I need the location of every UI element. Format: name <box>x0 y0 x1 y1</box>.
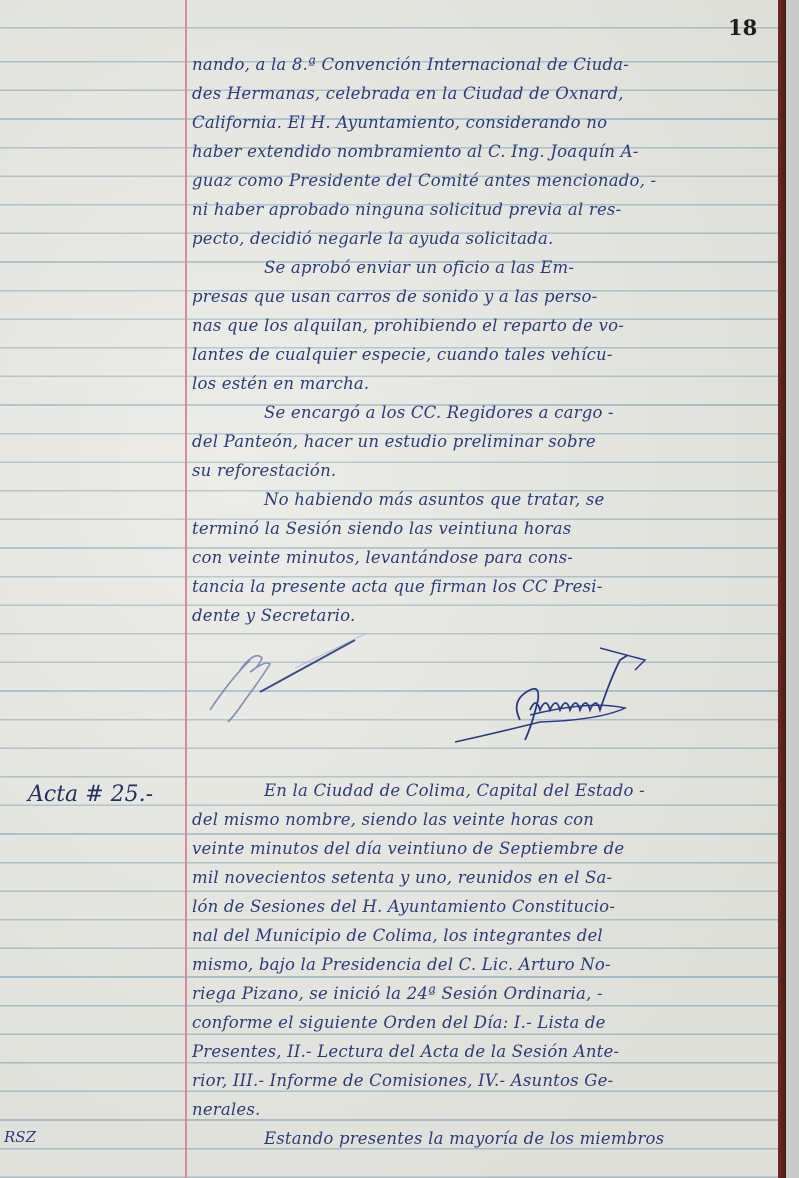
text-line: conforme el siguiente Orden del Día: I.-… <box>192 1008 772 1037</box>
text-line: Presentes, II.- Lectura del Acta de la S… <box>192 1037 772 1066</box>
background-edge <box>786 0 799 1178</box>
text-line: del mismo nombre, siendo las veinte hora… <box>192 805 772 834</box>
text-line: No habiendo más asuntos que tratar, se <box>192 485 772 514</box>
text-line: del Panteón, hacer un estudio preliminar… <box>192 427 772 456</box>
text-line: rior, III.- Informe de Comisiones, IV.- … <box>192 1066 772 1095</box>
text-line: haber extendido nombramiento al C. Ing. … <box>192 137 772 166</box>
acta-number-label: Acta # 25.- <box>28 782 153 807</box>
text-line: En la Ciudad de Colima, Capital del Esta… <box>192 776 772 805</box>
text-line: lantes de cualquier especie, cuando tale… <box>192 340 772 369</box>
text-line: mismo, bajo la Presidencia del C. Lic. A… <box>192 950 772 979</box>
text-line: dente y Secretario. <box>192 601 772 630</box>
acta-25-paragraph: En la Ciudad de Colima, Capital del Esta… <box>192 776 772 1153</box>
signature-president-icon <box>200 630 430 740</box>
text-line: Se encargó a los CC. Regidores a cargo - <box>192 398 772 427</box>
page-number: 18 <box>728 15 757 40</box>
text-line: su reforestación. <box>192 456 772 485</box>
text-line: Estando presentes la mayoría de los miem… <box>192 1124 772 1153</box>
margin-initials: RSZ <box>4 1128 36 1146</box>
text-line: nando, a la 8.ª Convención Internacional… <box>192 50 772 79</box>
text-line: los estén en marcha. <box>192 369 772 398</box>
cemetery-paragraph: Se encargó a los CC. Regidores a cargo -… <box>192 398 772 485</box>
text-line: tancia la presente acta que firman los C… <box>192 572 772 601</box>
text-line: con veinte minutos, levantándose para co… <box>192 543 772 572</box>
text-line: lón de Sesiones del H. Ayuntamiento Cons… <box>192 892 772 921</box>
closing-paragraph: No habiendo más asuntos que tratar, se t… <box>192 485 772 630</box>
binding-edge <box>778 0 786 1178</box>
text-line: mil novecientos setenta y uno, reunidos … <box>192 863 772 892</box>
text-line: nal del Municipio de Colima, los integra… <box>192 921 772 950</box>
text-line: pecto, decidió negarle la ayuda solicita… <box>192 224 772 253</box>
text-line: presas que usan carros de sonido y a las… <box>192 282 772 311</box>
text-line: veinte minutos del día veintiuno de Sept… <box>192 834 772 863</box>
text-line: ni haber aprobado ninguna solicitud prev… <box>192 195 772 224</box>
text-line: nas que los alquilan, prohibiendo el rep… <box>192 311 772 340</box>
sound-vehicles-paragraph: Se aprobó enviar un oficio a las Em- pre… <box>192 253 772 398</box>
signature-secretary-icon <box>440 640 680 750</box>
text-line: terminó la Sesión siendo las veintiuna h… <box>192 514 772 543</box>
text-line: nerales. <box>192 1095 772 1124</box>
text-line: Se aprobó enviar un oficio a las Em- <box>192 253 772 282</box>
text-line: des Hermanas, celebrada en la Ciudad de … <box>192 79 772 108</box>
text-line: California. El H. Ayuntamiento, consider… <box>192 108 772 137</box>
continuation-paragraph: nando, a la 8.ª Convención Internacional… <box>192 50 772 253</box>
text-line: guaz como Presidente del Comité antes me… <box>192 166 772 195</box>
text-line: riega Pizano, se inició la 24ª Sesión Or… <box>192 979 772 1008</box>
red-margin-line <box>185 0 187 1178</box>
